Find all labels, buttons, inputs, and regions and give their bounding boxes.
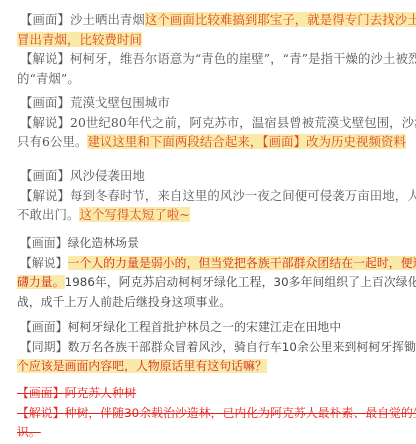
sync-label: 【同期】 (20, 340, 68, 354)
narration-line: 【解说】20世纪80年代之前，阿克苏市，温宿县曾被荒漠戈壁包围，沙漠离城区最近 (20, 113, 401, 133)
narration-text-cont: 战，成千上万人前赴后继投身这项事业。 (17, 295, 231, 309)
deleted-narration-line: 【解说】种树，伴随30余载治沙造林，已内化为阿克苏人最朴素、最自觉的生态意 (17, 404, 401, 424)
scene-line: 【画面】风沙侵袭田地 (20, 166, 401, 186)
script-block-1: 【画面】沙土晒出青烟这个画面比较难搞到耶宝子，就是得专门去找沙土，还得等他 冒出… (17, 10, 401, 88)
narration-label: 【解说】 (20, 115, 70, 130)
document-page: 【画面】沙土晒出青烟这个画面比较难搞到耶宝子，就是得专门去找沙土，还得等他 冒出… (0, 0, 416, 444)
script-block-3: 【画面】风沙侵袭田地 【解说】每到冬春时节，来自这里的风沙一夜之间便可侵袭万亩田… (17, 166, 401, 225)
review-comment: 这个画面比较难搞到耶宝子，就是得专门去找沙土，还得等他 (145, 12, 416, 27)
narration-line-cont: 的“青烟”。 (17, 69, 401, 89)
narration-line-cont: 只有6公里。建议这里和下面两段结合起来，【画面】改为历史视频资料 (17, 132, 401, 152)
scene-label: 【画面】 (20, 168, 70, 183)
review-comment: 这个写得太短了啦~ (79, 207, 189, 222)
deleted-scene-line: 【画面】阿克苏人种树 (17, 384, 401, 404)
sync-line-cont: 个应该是画面内容吧，人物原话里有这句话嘛？ (17, 357, 401, 377)
scene-label: 【画面】 (20, 95, 70, 110)
scene-line: 【画面】荒漠戈壁包围城市 (20, 93, 401, 113)
narration-label: 【解说】 (17, 406, 65, 420)
narration-line: 【解说】柯柯牙，维吾尔语意为“青色的崖壁”，“青”是指干燥的沙土被烈日晒出 (20, 49, 401, 69)
scene-line: 【画面】柯柯牙绿化工程首批护林员之一的宋建江走在田地中 (20, 318, 401, 338)
narration-line: 【解说】一个人的力量是弱小的，但当党把各族干部群众团结在一起时，便迸发出磅 (20, 254, 401, 274)
review-comment: 建议这里和下面两段结合起来，【画面】改为历史视频资料 (87, 134, 406, 149)
narration-text-cont: 只有6公里。 (17, 134, 87, 149)
scene-text: 阿克苏人种树 (65, 386, 136, 400)
narration-text: 20世纪80年代之前，阿克苏市，温宿县曾被荒漠戈壁包围，沙漠离城区最近 (70, 115, 416, 130)
highlighted-narration: 一个人的力量是弱小的，但当党把各族干部群众团结在一起时，便迸发出磅 (68, 256, 416, 270)
script-block-4: 【画面】绿化造林场景 【解说】一个人的力量是弱小的，但当党把各族干部群众团结在一… (17, 234, 401, 312)
script-block-6-deleted: 【画面】阿克苏人种树 【解说】种树，伴随30余载治沙造林，已内化为阿克苏人最朴素… (17, 384, 401, 443)
script-block-5: 【画面】柯柯牙绿化工程首批护林员之一的宋建江走在田地中 【同期】数万名各族干部群… (17, 318, 401, 377)
narration-label: 【解说】 (20, 188, 70, 203)
scene-label: 【画面】 (20, 320, 68, 334)
scene-text: 绿化造林场景 (68, 236, 139, 250)
narration-text: 1986年，阿克苏启动柯柯牙绿化工程，30多年间组织了上百次绿化造林大会 (65, 275, 416, 289)
narration-text: 种树，伴随30余载治沙造林，已内化为阿克苏人最朴素、最自觉的生态意 (65, 406, 416, 420)
deleted-narration-line-cont: 识。 (17, 423, 401, 443)
scene-text: 风沙侵袭田地 (70, 168, 145, 183)
review-comment-cont: 冒出青烟，比较费时间 (17, 32, 142, 47)
scene-label: 【画面】 (17, 386, 65, 400)
highlighted-narration-cont: 礴力量。 (17, 275, 65, 289)
narration-label: 【解说】 (20, 51, 70, 66)
sync-text: 数万名各族干部群众冒着风沙，骑自行车10余公里来到柯柯牙挥锄抡镐。 (68, 340, 416, 354)
narration-line: 【解说】每到冬春时节，来自这里的风沙一夜之间便可侵袭万亩田地，人们待在家里 (20, 186, 401, 206)
narration-text-cont: 不敢出门。 (17, 207, 79, 222)
script-block-2: 【画面】荒漠戈壁包围城市 【解说】20世纪80年代之前，阿克苏市，温宿县曾被荒漠… (17, 93, 401, 152)
narration-label: 【解说】 (20, 256, 68, 270)
review-comment-cont: 个应该是画面内容吧，人物原话里有这句话嘛？ (17, 359, 267, 373)
narration-text-cont: 的“青烟”。 (17, 71, 80, 86)
narration-text: 每到冬春时节，来自这里的风沙一夜之间便可侵袭万亩田地，人们待在家里 (70, 188, 416, 203)
sync-line: 【同期】数万名各族干部群众冒着风沙，骑自行车10余公里来到柯柯牙挥锄抡镐。这 (20, 338, 401, 358)
scene-text: 柯柯牙绿化工程首批护林员之一的宋建江走在田地中 (68, 320, 342, 334)
scene-line: 【画面】沙土晒出青烟这个画面比较难搞到耶宝子，就是得专门去找沙土，还得等他 (20, 10, 401, 30)
scene-text: 荒漠戈壁包围城市 (70, 95, 170, 110)
scene-line: 【画面】绿化造林场景 (20, 234, 401, 254)
scene-line-cont: 冒出青烟，比较费时间 (17, 30, 401, 50)
scene-label: 【画面】 (20, 236, 68, 250)
narration-line-cont: 礴力量。1986年，阿克苏启动柯柯牙绿化工程，30多年间组织了上百次绿化造林大会 (17, 273, 401, 293)
narration-text-cont: 识。 (17, 425, 41, 439)
narration-line-cont: 不敢出门。这个写得太短了啦~ (17, 205, 401, 225)
narration-line-cont2: 战，成千上万人前赴后继投身这项事业。 (17, 293, 401, 313)
scene-text: 沙土晒出青烟 (70, 12, 145, 27)
scene-label: 【画面】 (20, 12, 70, 27)
narration-text: 柯柯牙，维吾尔语意为“青色的崖壁”，“青”是指干燥的沙土被烈日晒出 (70, 51, 416, 66)
